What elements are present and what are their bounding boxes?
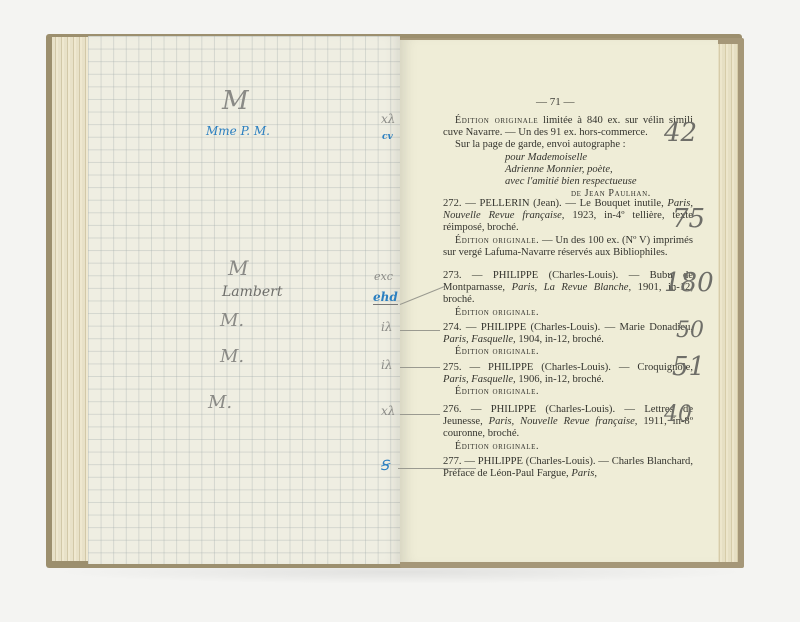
code-xl-2: xλ — [381, 404, 395, 418]
code-cv: cv — [382, 132, 393, 142]
page-number: — 71 — — [536, 96, 575, 108]
dedication-line: avec l'amitié bien respectueuse — [443, 176, 693, 188]
price-180: 180 — [664, 268, 714, 298]
price-40: 40 — [664, 402, 692, 427]
annotation-m-2: M — [228, 256, 248, 280]
entry-272: 272. — PELLERIN (Jean). — Le Bouquet inu… — [443, 198, 693, 259]
connector-line — [400, 367, 440, 368]
annotation-m-5: M. — [208, 392, 232, 413]
entry-number: 276. — [443, 404, 462, 415]
envoi-line: Sur la page de garde, envoi autographe : — [443, 139, 693, 151]
entry-author: PHILIPPE (Charles-Louis). — [481, 322, 600, 333]
entry-273: 273. — PHILIPPE (Charles-Louis). — Bubu … — [443, 270, 693, 319]
edition-label: Édition originale. — [443, 386, 693, 398]
entry-277: 277. — PHILIPPE (Charles-Louis). — Charl… — [443, 456, 693, 480]
price-50: 50 — [676, 318, 704, 343]
annotation-lambert: Lambert — [222, 284, 282, 300]
edition-label: Édition originale. — [443, 307, 693, 319]
edition-label: Édition originale. — [443, 441, 693, 453]
page-edges-left — [52, 37, 92, 561]
code-exc: exc — [374, 270, 393, 283]
entry-details: 1906, in-12, broché. — [518, 374, 604, 385]
connector-line — [400, 414, 440, 415]
price-75: 75 — [672, 204, 705, 234]
price-51: 51 — [672, 352, 705, 382]
entry-number: 274. — [443, 322, 462, 333]
code-blue-mark: Ꞩ — [380, 458, 389, 474]
entry-author: PHILIPPE (Charles-Louis). — [488, 362, 611, 373]
entry-271-tail: Édition originale limitée à 840 ex. sur … — [443, 115, 693, 200]
dedication-line: pour Mademoiselle — [443, 152, 693, 164]
entry-number: 275. — [443, 362, 462, 373]
entry-publisher: Paris, — [571, 468, 597, 479]
entry-number: 272. — [443, 198, 462, 209]
code-ehd: ehd — [373, 290, 398, 305]
entry-number: 277. — [443, 456, 462, 467]
page-edges-right — [716, 44, 738, 562]
entry-title: Le Bouquet inutile, — [580, 198, 664, 209]
price-42: 42 — [664, 118, 697, 148]
dedication-line: Adrienne Monnier, poète, — [443, 164, 693, 176]
entry-publisher: Paris, La Revue Blanche, — [512, 282, 632, 293]
code-il-2: iλ — [381, 358, 392, 372]
annotation-mme-pm: Mme P. M. — [206, 124, 270, 138]
connector-line — [400, 330, 440, 331]
entry-publisher: Paris, Fasquelle, — [443, 374, 516, 385]
edition-label: Édition originale. — [443, 346, 693, 358]
entry-number: 273. — [443, 270, 462, 281]
annotation-m-4: M. — [220, 346, 244, 367]
entry-details: 1904, in-12, broché. — [518, 334, 604, 345]
code-il-1: iλ — [381, 320, 392, 334]
annotation-m-3: M. — [220, 310, 244, 331]
entry-275: 275. — PHILIPPE (Charles-Louis). — Croqu… — [443, 362, 693, 399]
edition-label: Édition originale. — [455, 235, 539, 246]
entry-author: PHILIPPE (Charles-Louis). — [491, 404, 615, 415]
annotation-m-1: M — [222, 86, 249, 116]
edition-label: Édition originale — [455, 115, 538, 126]
entry-publisher: Paris, Nouvelle Revue française, — [489, 416, 638, 427]
entry-author: PHILIPPE (Charles-Louis). — [493, 270, 618, 281]
entry-276: 276. — PHILIPPE (Charles-Louis). — Lettr… — [443, 404, 693, 453]
entry-publisher: Paris, Fasquelle, — [443, 334, 516, 345]
code-xl-1: xλ — [381, 112, 395, 126]
entry-author: PELLERIN (Jean). — [479, 198, 561, 209]
entry-274: 274. — PHILIPPE (Charles-Louis). — Marie… — [443, 322, 693, 359]
entry-author: PHILIPPE (Charles-Louis). — [478, 456, 596, 467]
